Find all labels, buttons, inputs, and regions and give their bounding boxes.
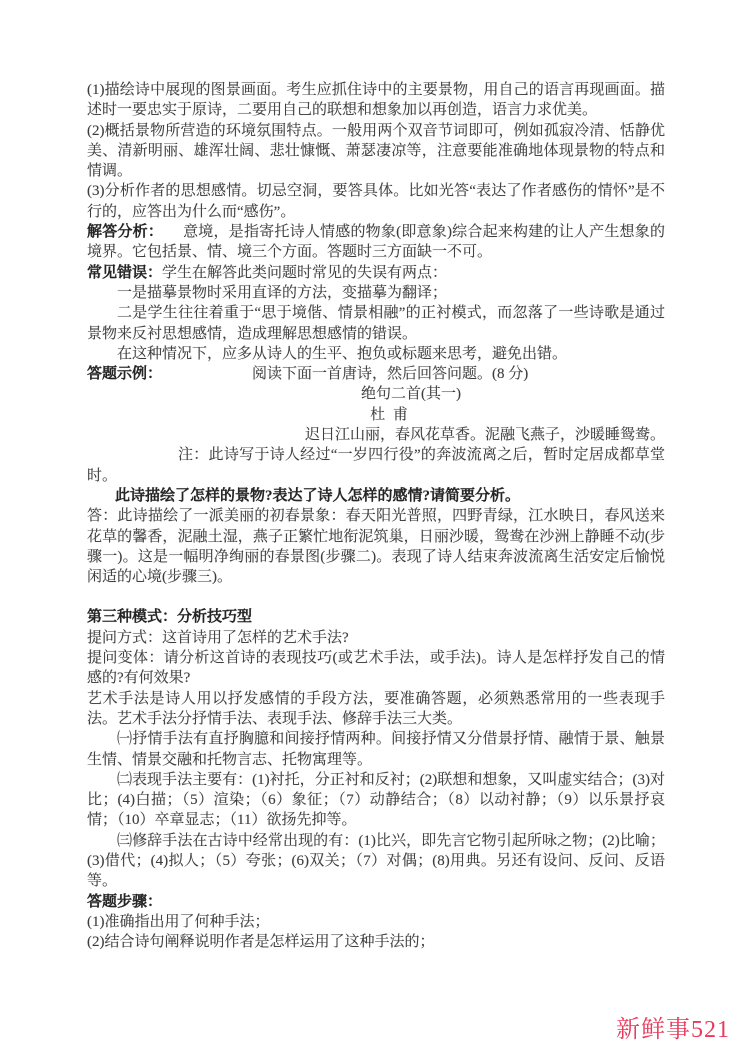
error-item-3: 在这种情况下，应多从诗人的生平、抱负或标题来思考，避免出错。 (87, 344, 665, 364)
step-2: (2)结合诗句阐释说明作者是怎样运用了这种手法的； (87, 932, 665, 952)
poem-title: 绝句二首(其一) (87, 384, 665, 404)
watermark: 新鲜事521 (616, 1009, 730, 1044)
question-line: 此诗描绘了怎样的景物?表达了诗人怎样的感情?请简要分析。 (87, 486, 665, 506)
mode3-overview: 艺术手法是诗人用以抒发感情的手段方法，要准确答题，必须熟悉常用的一些表现手法。艺… (87, 689, 665, 730)
error-item-2: 二是学生往往着重于“思于境偕、情景相融”的正衬模式，而忽落了一些诗歌是通过景物来… (87, 303, 665, 344)
common-errors-text: 学生在解答此类问题时常见的失误有两点： (162, 265, 447, 281)
intro-point-1: (1)描绘诗中展现的图景画面。考生应抓住诗中的主要景物，用自己的语言再现画面。描… (87, 80, 665, 121)
common-errors: 常见错误：学生在解答此类问题时常见的失误有两点： (87, 263, 665, 283)
mode3-method-expression: ㈡表现手法主要有：(1)衬托，分正衬和反衬；(2)联想和想象，又叫虚实结合；(3… (87, 770, 665, 831)
mode3-method-lyric: ㈠抒情手法有直抒胸臆和间接抒情两种。间接抒情又分借景抒情、融情于景、触景生情、情… (87, 729, 665, 770)
example-text: 阅读下面一首唐诗，然后回答问题。(8 分) (252, 366, 528, 382)
document-content: (1)描绘诗中展现的图景画面。考生应抓住诗中的主要景物，用自己的语言再现画面。描… (87, 80, 665, 952)
mode3-heading: 第三种模式：分析技巧型 (87, 607, 665, 627)
section-gap (87, 587, 665, 607)
intro-point-2: (2)概括景物所营造的环境氛围特点。一般用两个双音节词即可，例如孤寂冷清、恬静优… (87, 121, 665, 182)
common-errors-label: 常见错误： (87, 265, 162, 281)
example-line: 答题示例：阅读下面一首唐诗，然后回答问题。(8 分) (87, 364, 665, 384)
answer-analysis-label: 解答分析： (87, 224, 163, 240)
intro-point-3: (3)分析作者的思想感情。切忌空洞，要答具体。比如光答“表达了作者感伤的情怀”是… (87, 181, 665, 222)
answer-analysis: 解答分析：意境，是指寄托诗人情感的物象(即意象)综合起来构建的让人产生想象的境界… (87, 222, 665, 263)
steps-label: 答题步骤： (87, 892, 665, 912)
step-1: (1)准确指出用了何种手法； (87, 912, 665, 932)
scanned-document-page: (1)描绘诗中展现的图景画面。考生应抓住诗中的主要景物，用自己的语言再现画面。描… (0, 0, 750, 1060)
answer-paragraph: 答：此诗描绘了一派美丽的初春景象：春天阳光普照，四野青绿，江水映日，春风送来花草… (87, 506, 665, 587)
mode3-ask-variant: 提问变体：请分析这首诗的表现技巧(或艺术手法，或手法)。诗人是怎样抒发自己的情感… (87, 648, 665, 689)
poem-verse: 迟日江山丽，春风花草香。泥融飞燕子，沙暖睡鸳鸯。 (87, 425, 665, 445)
poem-note: 注：此诗写于诗人经过“一岁四行役”的奔波流离之后，暂时定居成都草堂时。 (87, 445, 665, 486)
error-item-1: 一是描摹景物时采用直译的方法，变描摹为翻译； (87, 283, 665, 303)
answer-analysis-text: 意境，是指寄托诗人情感的物象(即意象)综合起来构建的让人产生想象的境界。它包括景… (87, 224, 665, 260)
mode3-ask-style: 提问方式：这首诗用了怎样的艺术手法? (87, 628, 665, 648)
example-label: 答题示例： (87, 366, 162, 382)
poem-author: 杜 甫 (87, 405, 665, 425)
mode3-method-rhetoric: ㈢修辞手法在古诗中经常出现的有：(1)比兴，即先言它物引起所咏之物；(2)比喻；… (87, 831, 665, 892)
